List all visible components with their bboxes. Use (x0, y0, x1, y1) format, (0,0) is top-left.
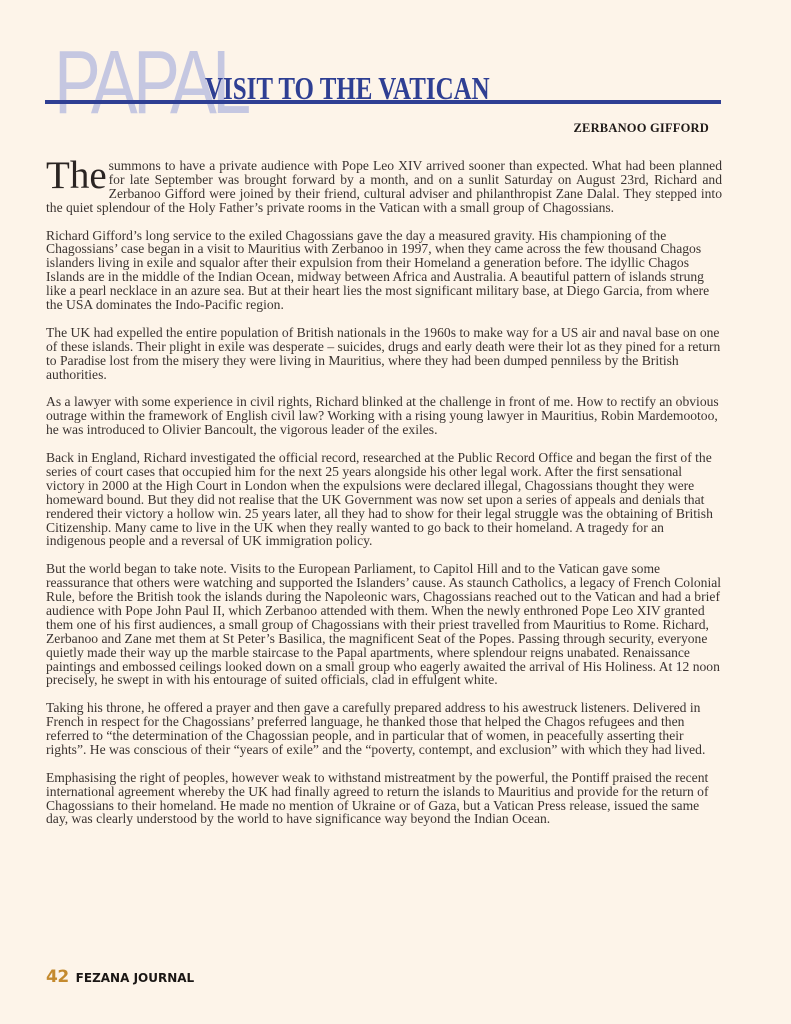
author-byline: ZERBANOO GIFFORD (574, 121, 710, 136)
publication-name: FEZANA JOURNAL (76, 971, 195, 985)
paragraph-3: The UK had expelled the entire populatio… (46, 326, 722, 382)
article-title: VISIT TO THE VATICAN (205, 72, 490, 104)
paragraph-7: Taking his throne, he offered a prayer a… (46, 701, 722, 757)
paragraph-1: Thesummons to have a private audience wi… (46, 159, 722, 215)
article-body: Thesummons to have a private audience wi… (46, 159, 722, 840)
page-footer: 42 FEZANA JOURNAL (46, 967, 194, 987)
page-number: 42 (46, 967, 69, 987)
paragraph-5: Back in England, Richard investigated th… (46, 451, 722, 548)
paragraph-4: As a lawyer with some experience in civi… (46, 395, 722, 437)
drop-cap: The (46, 161, 107, 191)
paragraph-8: Emphasising the right of peoples, howeve… (46, 771, 722, 827)
paragraph-2: Richard Gifford’s long service to the ex… (46, 229, 722, 312)
article-header: PAPAL VISIT TO THE VATICAN ZERBANOO GIFF… (0, 0, 791, 140)
paragraph-6: But the world began to take note. Visits… (46, 562, 722, 687)
paragraph-text: summons to have a private audience with … (46, 158, 722, 215)
